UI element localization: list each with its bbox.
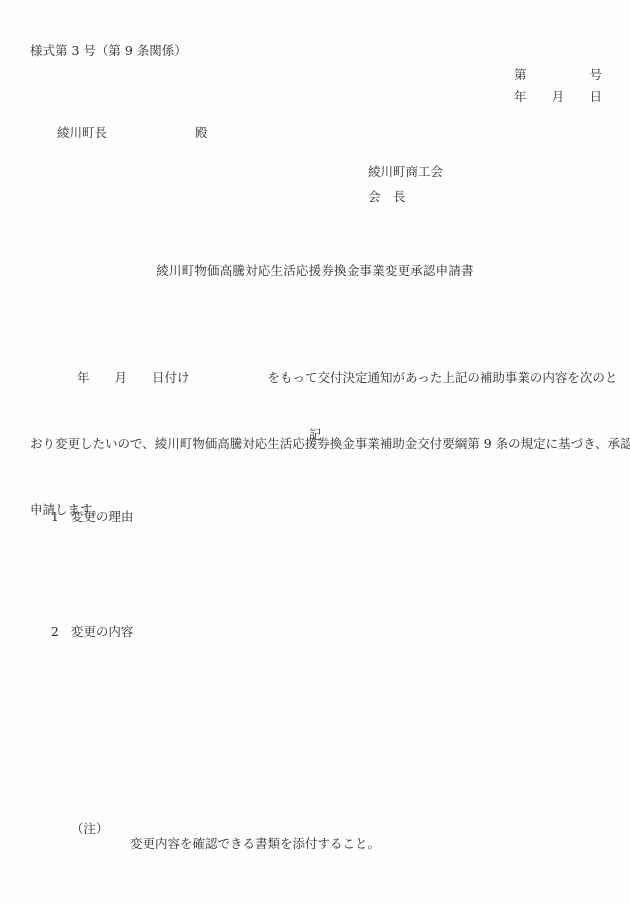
document-page: 様式第 3 号（第 9 条関係） 第 号 年 月 日 綾川町長 殿 綾川町商工会… bbox=[0, 0, 630, 903]
date-day-label: 日 bbox=[589, 90, 602, 104]
date-year-label: 年 bbox=[514, 90, 527, 104]
note-line: （注） 変更内容を確認できる書類を添付すること。 bbox=[55, 808, 600, 866]
date-month-label: 月 bbox=[552, 90, 565, 104]
sender-title: 会 長 bbox=[368, 190, 406, 204]
section-1-label: 変更の理由 bbox=[71, 509, 134, 524]
section-2-number: 2 bbox=[51, 624, 59, 639]
body-date-blanks: 年 月 日付け bbox=[77, 370, 190, 385]
body-line-1: 年 月 日付けをもって交付決定通知があった上記の補助事業の内容を次のと bbox=[30, 367, 608, 389]
record-heading: 記 bbox=[0, 428, 630, 442]
sender-organization: 綾川町商工会 bbox=[368, 165, 443, 179]
body-line-1-text: をもって交付決定通知があった上記の補助事業の内容を次のと bbox=[268, 370, 618, 385]
section-1-number: 1 bbox=[51, 509, 59, 524]
note-prefix: （注） bbox=[71, 821, 109, 836]
document-date-line: 年 月 日 bbox=[514, 90, 602, 104]
form-number: 様式第 3 号（第 9 条関係） bbox=[30, 44, 187, 58]
section-2-label: 変更の内容 bbox=[71, 624, 134, 639]
section-1-heading: 1変更の理由 bbox=[35, 496, 133, 539]
note-text: 変更内容を確認できる書類を添付すること。 bbox=[130, 837, 380, 851]
document-title: 綾川町物価高騰対応生活応援券換金事業変更承認申請書 bbox=[0, 264, 630, 278]
document-number-suffix: 号 bbox=[589, 68, 602, 82]
document-number-line: 第 号 bbox=[514, 68, 602, 82]
document-number-prefix: 第 bbox=[514, 68, 527, 82]
addressee-name: 綾川町長 bbox=[57, 126, 107, 140]
section-2-heading: 2変更の内容 bbox=[35, 611, 133, 654]
addressee-honorific: 殿 bbox=[195, 126, 208, 140]
